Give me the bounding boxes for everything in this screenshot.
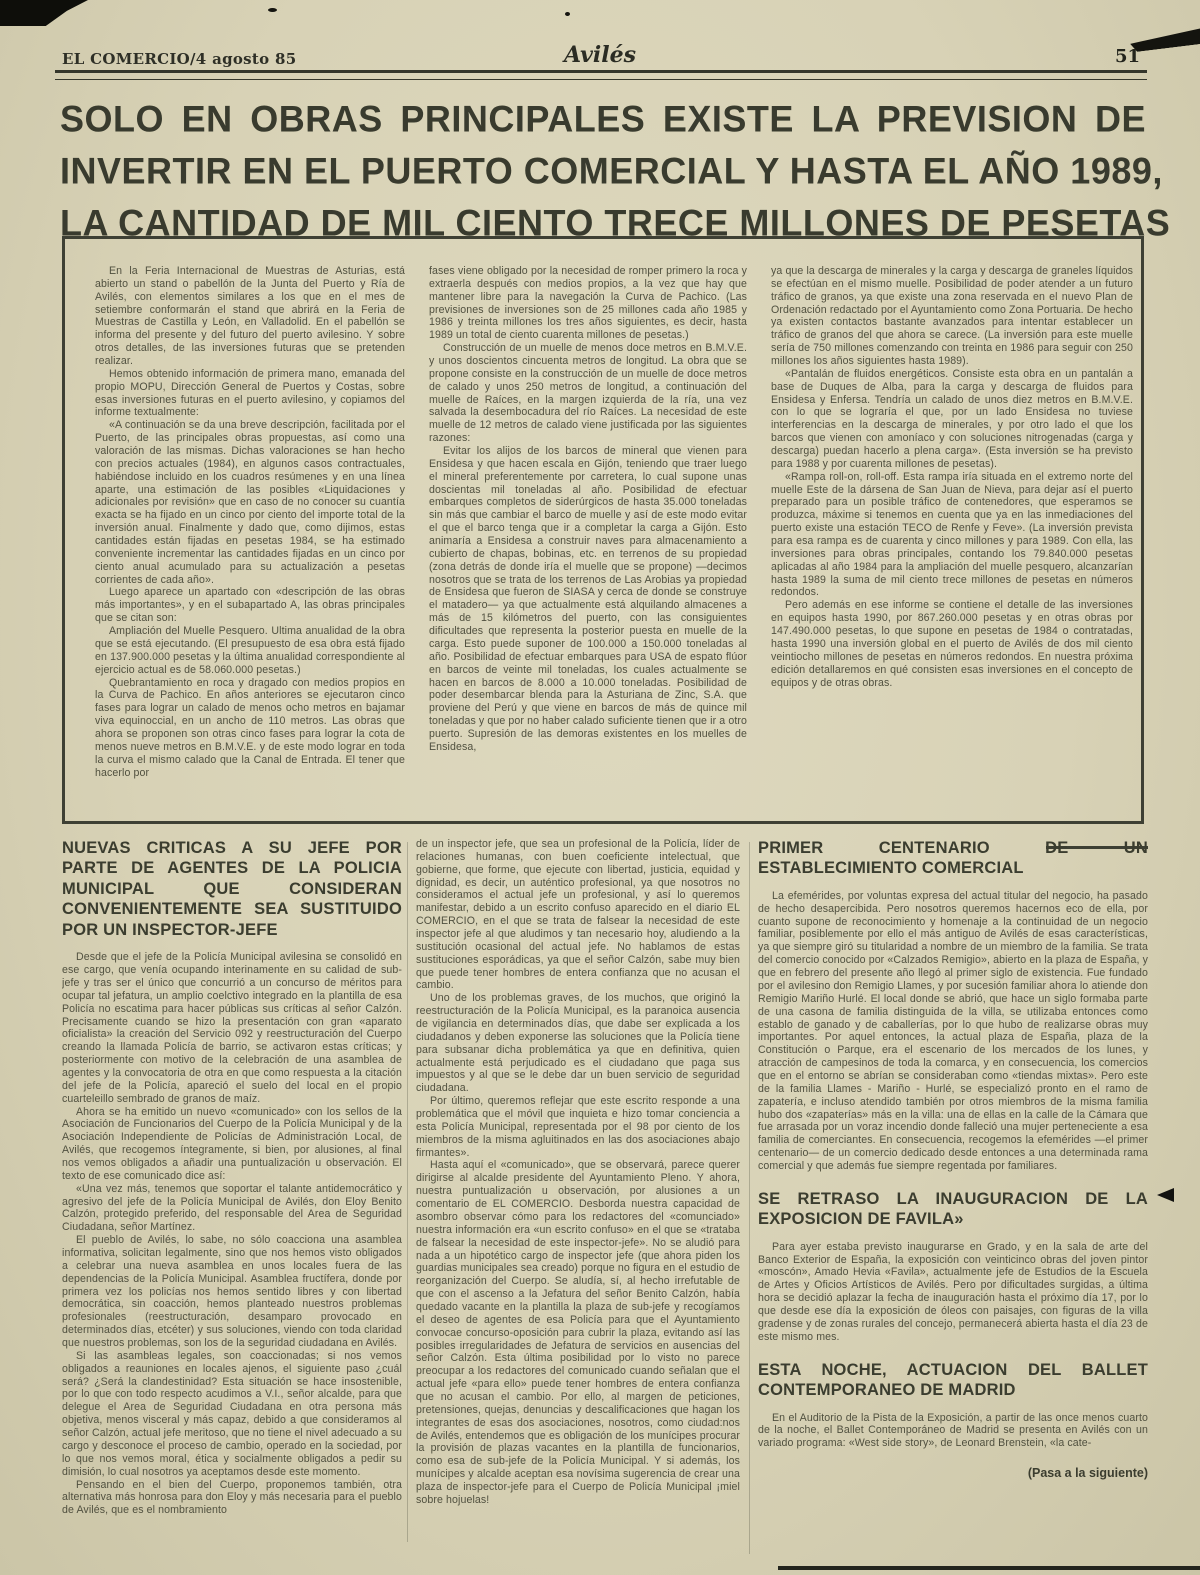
header-rule <box>55 70 1147 80</box>
paragraph: Construcción de un muelle de menos doce … <box>429 342 747 445</box>
ink-smudge-top-left <box>0 0 88 26</box>
paragraph: Pensando en el bien del Cuerpo, proponem… <box>62 1479 402 1518</box>
boxed-article-column-2: fases viene obligado por la necesidad de… <box>429 265 747 807</box>
ballet-text: En el Auditorio de la Pista de la Exposi… <box>758 1412 1148 1451</box>
boxed-article-column-1: En la Feria Internacional de Muestras de… <box>95 265 405 807</box>
paragraph: ya que la descarga de minerales y la car… <box>771 265 1133 368</box>
headline-line: INVERTIR EN EL PUERTO COMERCIAL Y HASTA … <box>60 144 1146 198</box>
paragraph: Por último, queremos reflejar que este e… <box>416 1095 740 1159</box>
paragraph: El pueblo de Avilés, lo sabe, no sólo co… <box>62 1234 402 1350</box>
police-article-left-column: NUEVAS CRITICAS A SU JEFE POR PARTE DE A… <box>62 838 402 1550</box>
paragraph: En la Feria Internacional de Muestras de… <box>95 265 405 368</box>
centenario-headline: PRIMER CENTENARIO DE UN ESTABLECIMIENTO … <box>758 838 1148 879</box>
continuation-note: (Pasa a la siguiente) <box>758 1466 1148 1480</box>
boxed-article: En la Feria Internacional de Muestras de… <box>62 236 1144 824</box>
main-headline: SOLO EN OBRAS PRINCIPALES EXISTE LA PREV… <box>60 92 1146 248</box>
paragraph: fases viene obligado por la necesidad de… <box>429 265 747 342</box>
paragraph: Para ayer estaba previsto inaugurarse en… <box>758 1241 1148 1344</box>
paragraph: Luego aparece un apartado con «descripci… <box>95 586 405 625</box>
headline-line: SOLO EN OBRAS PRINCIPALES EXISTE LA PREV… <box>60 92 1146 146</box>
paragraph: Desde que el jefe de la Policía Municipa… <box>62 951 402 1105</box>
police-article-middle-column: de un inspector jefe, que sea un profesi… <box>416 838 740 1552</box>
page-number: 51 <box>1115 46 1140 67</box>
ink-speck <box>565 12 570 16</box>
column-divider <box>749 842 750 1554</box>
ballet-headline: ESTA NOCHE, ACTUACION DEL BALLET CONTEMP… <box>758 1360 1148 1401</box>
paragraph: Si las asambleas legales, son coaccionad… <box>62 1350 402 1479</box>
police-article-left-text: Desde que el jefe de la Policía Municipa… <box>62 951 402 1517</box>
paragraph: Hasta aquí el «comunicado», que se obser… <box>416 1159 740 1506</box>
favila-text: Para ayer estaba previsto inaugurarse en… <box>758 1241 1148 1344</box>
paragraph: La efemérides, por voluntas expresa del … <box>758 890 1148 1173</box>
bottom-rule <box>778 1566 1200 1570</box>
paragraph: «Pantalán de fluidos energéticos. Consis… <box>771 368 1133 471</box>
paragraph: de un inspector jefe, que sea un profesi… <box>416 838 740 992</box>
paragraph: Evitar los alijos de los barcos de miner… <box>429 445 747 754</box>
paragraph: Ahora se ha emitido un nuevo «comunicado… <box>62 1106 402 1183</box>
police-article-headline: NUEVAS CRITICAS A SU JEFE POR PARTE DE A… <box>62 838 402 940</box>
boxed-article-column-3: ya que la descarga de minerales y la car… <box>771 265 1133 807</box>
section-title: Avilés <box>0 42 1200 68</box>
paragraph: «A continuación se da una breve descripc… <box>95 419 405 586</box>
paragraph: En el Auditorio de la Pista de la Exposi… <box>758 1412 1148 1451</box>
margin-arrow-icon <box>1157 1188 1174 1202</box>
paragraph: Uno de los problemas graves, de los much… <box>416 992 740 1095</box>
column-divider <box>407 842 408 1542</box>
newspaper-page: EL COMERCIO/4 agosto 85 Avilés 51 SOLO E… <box>0 0 1200 1575</box>
ink-speck <box>268 8 277 12</box>
paragraph: «Una vez más, tenemos que soportar el ta… <box>62 1183 402 1234</box>
paragraph: «Rampa roll-on, roll-off. Esta rampa irí… <box>771 471 1133 600</box>
centenario-text: La efemérides, por voluntas expresa del … <box>758 890 1148 1173</box>
paragraph: Hemos obtenido información de primera ma… <box>95 368 405 419</box>
paragraph: Pero además en ese informe se contiene e… <box>771 599 1133 689</box>
favila-headline: SE RETRASO LA INAUGURACION DE LA EXPOSIC… <box>758 1189 1148 1230</box>
right-column: PRIMER CENTENARIO DE UN ESTABLECIMIENTO … <box>758 838 1148 1552</box>
paragraph: Ampliación del Muelle Pesquero. Ultima a… <box>95 625 405 676</box>
paragraph: Quebrantamiento en roca y dragado con me… <box>95 677 405 780</box>
